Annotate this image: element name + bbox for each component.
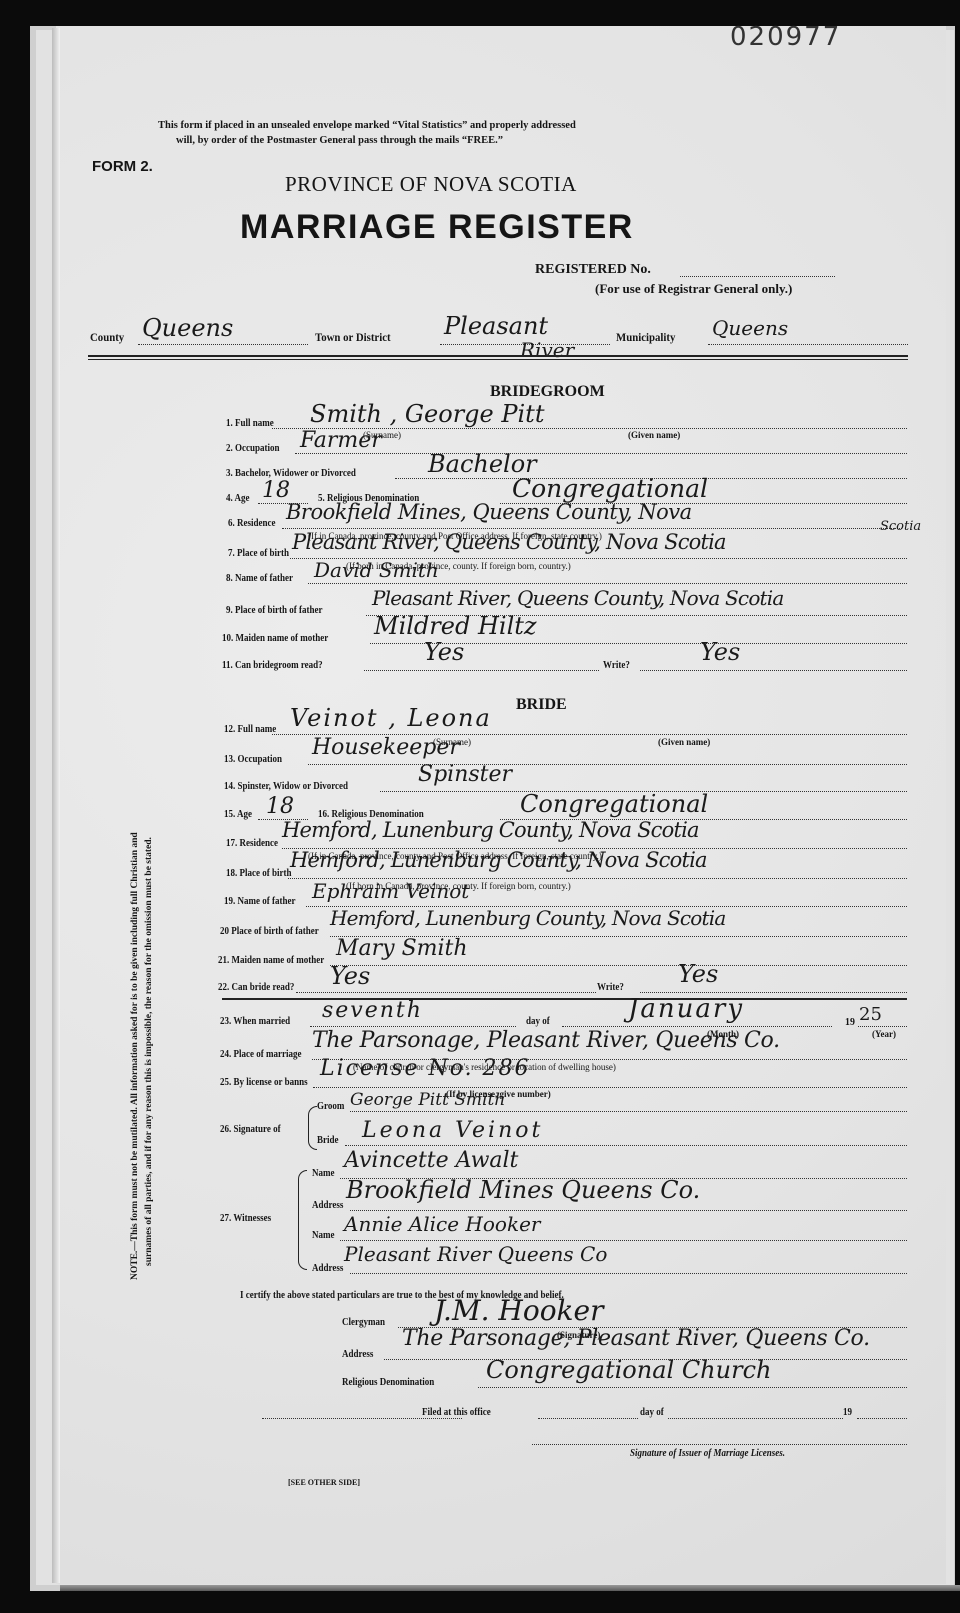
when-married-label: 23. When married [220, 1016, 290, 1027]
groom-father-name[interactable]: David Smith [314, 558, 439, 582]
bride-signature[interactable]: Leona Veinot [362, 1118, 543, 1143]
groom-mother-maiden-name[interactable]: Mildred Hiltz [374, 612, 537, 640]
field-line [310, 1026, 516, 1027]
field-label: 17. Residence [226, 838, 278, 849]
witness-1-address[interactable]: Brookfield Mines Queens Co. [346, 1176, 700, 1204]
given-name-hint: (Given name) [658, 737, 710, 747]
bride-occupation[interactable]: Housekeeper [312, 735, 460, 760]
bride-age[interactable]: 18 [266, 794, 294, 819]
marriage-year[interactable]: 25 [859, 1004, 882, 1025]
field-line [330, 965, 907, 966]
filed-label: Filed at this office [422, 1407, 491, 1418]
bride-label: Bride [317, 1135, 339, 1146]
write-label: Write? [603, 660, 630, 671]
side-note: NOTE.—This form must not be mutilated. A… [128, 580, 156, 1280]
witness-2-address-label: Address [312, 1263, 343, 1274]
bride-heading: BRIDE [516, 696, 567, 714]
filed-month-field[interactable] [668, 1418, 843, 1419]
field-label: 6. Residence [228, 518, 276, 529]
clergyman-address[interactable]: The Parsonage, Pleasant River, Queens Co… [402, 1326, 870, 1351]
field-label: 13. Occupation [224, 754, 282, 765]
field-label: 9. Place of birth of father [226, 605, 322, 616]
field-line [295, 453, 907, 454]
field-line [282, 528, 902, 529]
field-label: 11. Can bridegroom read? [222, 660, 323, 671]
field-line [562, 1026, 832, 1027]
bridegroom-heading: BRIDEGROOM [490, 383, 605, 401]
county-line [138, 344, 308, 345]
filed-day-of-label: day of [640, 1407, 664, 1418]
field-label: 22. Can bride read? [218, 982, 294, 993]
field-label: 8. Name of father [226, 573, 293, 584]
page-fold-shadow [52, 28, 60, 1583]
place-label: 24. Place of marriage [220, 1049, 301, 1060]
field-line [364, 670, 599, 671]
bride-birthplace[interactable]: Hemford, Lunenburg County, Nova Scotia [290, 848, 707, 872]
form-number: FORM 2. [92, 158, 153, 175]
groom-signature[interactable]: George Pitt Smith [350, 1090, 505, 1110]
bride-mother-maiden-name[interactable]: Mary Smith [336, 936, 468, 961]
field-line [308, 764, 907, 765]
bride-full-name[interactable]: Veinot , Leona [290, 704, 492, 732]
serial-number: 020977 [730, 22, 841, 52]
write-label: Write? [597, 982, 624, 993]
field-label: 7. Place of birth [228, 548, 289, 559]
side-note-line-1: NOTE.—This form must not be mutilated. A… [128, 580, 142, 1280]
county-value[interactable]: Queens [142, 314, 233, 342]
groom-residence-extra: Scotia [880, 519, 921, 534]
municipality-value[interactable]: Queens [712, 316, 788, 340]
bottom-paper-edge [60, 1585, 960, 1591]
year-hint: (Year) [872, 1029, 896, 1039]
signature-brace [308, 1106, 317, 1150]
groom-can-read[interactable]: Yes [424, 638, 464, 666]
field-label: 12. Full name [224, 724, 276, 735]
field-label: 20 Place of birth of father [220, 926, 319, 937]
license-label: 25. By license or banns [220, 1077, 308, 1088]
registered-no-label: REGISTERED No. [535, 262, 651, 278]
clergyman-denomination[interactable]: Congregational Church [486, 1356, 771, 1384]
field-label: 14. Spinster, Widow or Divorced [224, 781, 348, 792]
field-line [350, 1111, 907, 1112]
witness-2-name-label: Name [312, 1230, 335, 1241]
witness-2-name[interactable]: Annie Alice Hooker [344, 1212, 540, 1236]
marriage-month[interactable]: January [628, 994, 744, 1024]
clergyman-signature[interactable]: J.M. Hooker [434, 1294, 603, 1327]
field-line [858, 1026, 907, 1027]
issuer-signature-label: Signature of Issuer of Marriage Licenses… [630, 1448, 785, 1459]
witness-1-name[interactable]: Avincette Awalt [344, 1148, 518, 1173]
field-label: 2. Occupation [226, 443, 280, 454]
side-note-line-2: surnames of all parties, and if for any … [142, 580, 156, 1280]
registered-no-field[interactable] [680, 276, 835, 277]
field-line [308, 583, 907, 584]
filed-year-prefix: 19 [843, 1407, 852, 1418]
clergyman-label: Clergyman [342, 1317, 385, 1328]
town-label: Town or District [315, 330, 391, 345]
address-label: Address [342, 1349, 373, 1360]
bride-father-name[interactable]: Ephraim Veinot [312, 879, 469, 903]
field-line [350, 1273, 907, 1274]
bride-residence[interactable]: Hemford, Lunenburg County, Nova Scotia [282, 818, 699, 842]
county-label: County [90, 330, 124, 345]
bride-father-birthplace[interactable]: Hemford, Lunenburg County, Nova Scotia [330, 906, 725, 930]
field-line [313, 1087, 907, 1088]
field-line [478, 1387, 907, 1388]
groom-father-birthplace[interactable]: Pleasant River, Queens County, Nova Scot… [372, 586, 784, 610]
license-number[interactable]: License No. 286 [320, 1056, 531, 1081]
field-label: 19. Name of father [224, 896, 295, 907]
given-name-hint: (Given name) [628, 430, 680, 440]
witness-2-address[interactable]: Pleasant River Queens Co [344, 1242, 607, 1266]
groom-label: Groom [317, 1101, 344, 1112]
groom-birthplace[interactable]: Pleasant River, Queens County, Nova Scot… [292, 530, 726, 554]
see-other-side: [SEE OTHER SIDE] [288, 1478, 360, 1487]
place-of-marriage[interactable]: The Parsonage, Pleasant River, Queens Co… [312, 1028, 780, 1053]
field-line [296, 992, 596, 993]
bride-marital-status[interactable]: Spinster [418, 762, 512, 787]
municipality-line [708, 344, 908, 345]
field-label: 15. Age [224, 809, 252, 820]
field-line [640, 992, 907, 993]
postal-notice-line-2: will, by order of the Postmaster General… [176, 135, 503, 146]
field-label: 10. Maiden name of mother [222, 633, 328, 644]
field-label: 1. Full name [226, 418, 274, 429]
witnesses-label: 27. Witnesses [220, 1213, 271, 1224]
bride-denomination[interactable]: Congregational [520, 790, 708, 818]
witnesses-brace [298, 1170, 307, 1270]
filed-year-field[interactable] [857, 1418, 907, 1419]
field-label: 21. Maiden name of mother [218, 955, 324, 966]
field-line [640, 670, 907, 671]
marriage-day[interactable]: seventh [322, 998, 423, 1023]
bride-can-write[interactable]: Yes [678, 960, 718, 988]
header-rule [88, 355, 908, 357]
field-line [350, 1210, 907, 1211]
header-rule-thin [88, 359, 908, 360]
denomination-label: Religious Denomination [342, 1377, 434, 1388]
municipality-label: Municipality [616, 330, 675, 345]
field-line [345, 1145, 907, 1146]
year-prefix: 19 [845, 1016, 855, 1028]
filed-office-field[interactable] [262, 1418, 462, 1419]
groom-residence[interactable]: Brookfield Mines, Queens County, Nova [286, 500, 692, 524]
registrar-note: (For use of Registrar General only.) [595, 281, 792, 297]
witness-1-address-label: Address [312, 1200, 343, 1211]
bride-can-read[interactable]: Yes [330, 962, 370, 990]
field-line [340, 1240, 907, 1241]
issuer-signature-field[interactable] [532, 1444, 907, 1445]
signature-of-label: 26. Signature of [220, 1124, 281, 1135]
groom-occupation[interactable]: Farmer [300, 428, 382, 453]
witness-1-name-label: Name [312, 1168, 335, 1179]
field-label: 18. Place of birth [226, 868, 291, 879]
form-title: MARRIAGE REGISTER [240, 208, 634, 247]
day-of-label: day of [526, 1016, 550, 1027]
field-label: 4. Age [226, 493, 249, 504]
groom-can-write[interactable]: Yes [700, 638, 740, 666]
town-value-line-1[interactable]: Pleasant [444, 312, 548, 340]
groom-denomination[interactable]: Congregational [512, 474, 708, 503]
field-label: 3. Bachelor, Widower or Divorced [226, 468, 356, 479]
province-heading: PROVINCE OF NOVA SCOTIA [285, 172, 577, 197]
postal-notice-line-1: This form if placed in an unsealed envel… [158, 120, 576, 131]
groom-full-name[interactable]: Smith , George Pitt [310, 400, 544, 428]
filed-day-field[interactable] [538, 1418, 638, 1419]
